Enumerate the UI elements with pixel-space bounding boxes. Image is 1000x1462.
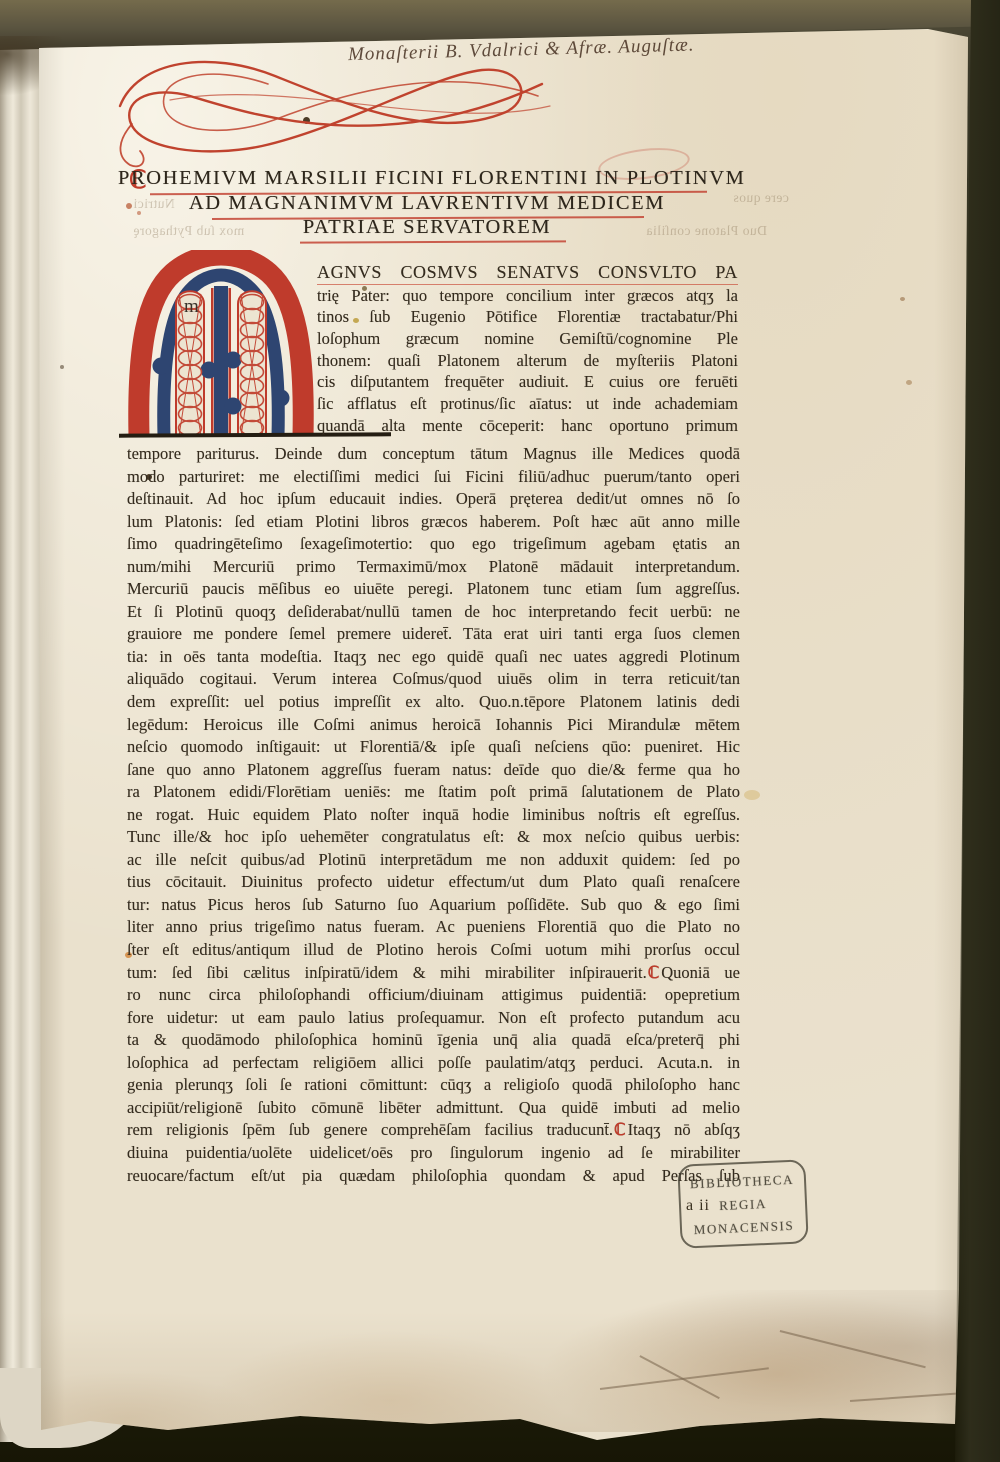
paper-page: Monaſterii B. Vdalrici & Afræ. Auguſtæ. … — [0, 0, 1000, 1462]
text-line: grauiore me pondere ſemel premere uidere… — [127, 623, 740, 646]
text-line: accipiūt/religionē ſubito cōmunē libēter… — [127, 1097, 740, 1120]
paragraph-mark-icon: ℂ — [613, 1120, 628, 1139]
foxing-spot — [900, 297, 905, 301]
text-line: ta & quodāmodo philoſophica hominū īgeni… — [127, 1029, 740, 1052]
text-line: aliquādo cogitaui. Verum interea Coſmus/… — [127, 668, 740, 691]
text-line: tur: natus Picus heros ſub Saturno ſuo A… — [127, 894, 740, 917]
text-line: genia plerunqʒ ſoli ſe rationi cōmittunt… — [127, 1074, 740, 1097]
text-line: loſophica ad perfectam religiōem allici … — [127, 1052, 740, 1075]
text-line: thonem: quaſi Platonem alterum de myſter… — [317, 350, 738, 372]
text-line: neſcio quomodo inſtigauit: ut Florentiā/… — [127, 736, 740, 759]
stamp-line: MONACENSIS — [682, 1213, 807, 1241]
text-line: liter anno prius trigeſimo natus fueram.… — [127, 916, 740, 939]
title-line: PROHEMIVM MARSILII FICINI FLORENTINI IN … — [118, 166, 736, 191]
foxing-spot — [60, 365, 64, 369]
text-line: Et ſi Plotinū quoqʒ deſiderabat/nullū ta… — [127, 601, 740, 624]
library-stamp-lines: BIBLIOTHECAREGIAMONACENSIS — [680, 1167, 807, 1241]
text-line: cis diſputantem frequēter audiuit. E cui… — [317, 371, 738, 393]
text-line: trię Pater: quo tempore concilium inter … — [317, 285, 738, 307]
text-line: reuocare/factum eſt/ut pia quædam philoſ… — [127, 1165, 740, 1188]
text-line: AGNVS COSMVS SENATVS CONSVLTO PA — [317, 262, 738, 285]
text-line: tempore pariturus. Deinde dum conceptum … — [127, 443, 740, 466]
text-line: ſic afflatus eſt protinus/ſic aīatus: ut… — [317, 393, 738, 415]
text-line: loſophum græcum nomine Gemiſtū/cognomine… — [317, 328, 738, 350]
decorated-initial-M — [127, 250, 315, 436]
text-line: fore uidetur: ut eam paulo latius proſeq… — [127, 1007, 740, 1030]
show-through-text: Duo Platone conſilia — [646, 223, 767, 239]
show-through-text: mox ſub Pythagorę — [133, 223, 244, 239]
library-stamp: BIBLIOTHECAREGIAMONACENSIS — [677, 1159, 809, 1249]
foxing-spot — [744, 790, 760, 800]
text-line: deſtinauit. Ad hoc ipſum educauit indies… — [127, 488, 740, 511]
text-line: tius cōcitauit. Diuinitus profecto uidet… — [127, 871, 740, 894]
text-line: lum Platonis: ſed etiam Plotini libros g… — [127, 511, 740, 534]
guide-letter: m — [184, 296, 199, 318]
book-page-edges — [0, 42, 46, 1442]
text-line: tia: in oēs tanta modeſtia. Itaqʒ nec eg… — [127, 646, 740, 669]
text-line: ra Platonem edidi/Florētiam ueniēs: me ſ… — [127, 781, 740, 804]
text-line: rem religionis ſpēm ſub genere comprehēſ… — [127, 1119, 740, 1142]
calligraphic-flourish — [110, 48, 555, 173]
foxing-spot — [906, 380, 912, 385]
text-line: diuina puidentia/uolēte uidelicet/oēs pr… — [127, 1142, 740, 1165]
show-through-text: cere quos — [733, 190, 789, 206]
text-line: ro nunc circa philoſophandi officium/diu… — [127, 984, 740, 1007]
dropcap-paragraph: AGNVS COSMVS SENATVS CONSVLTO PAtrię Pat… — [317, 262, 738, 437]
text-line: ſimo quadringēteſimo ſexageſimotertio: q… — [127, 533, 740, 556]
text-line: legēdum: Heroicus ille Coſmi animus hero… — [127, 714, 740, 737]
text-line: tum: ſed ſibi cælitus inſpiratū/idem & m… — [127, 962, 740, 985]
text-line: ne rogat. Huic equidem Plato noſter inqu… — [127, 804, 740, 827]
text-line: ſter eſt editus/antiqum illud de Plotino… — [127, 939, 740, 962]
text-line: dem expreſſit: uel potius impreſſit ex a… — [127, 691, 740, 714]
text-line: ſane quo anno Platonem aggreſſus fueram … — [127, 759, 740, 782]
text-line: ac ille neſcit quibus/ad Plotinū interpr… — [127, 849, 740, 872]
body-text: tempore pariturus. Deinde dum conceptum … — [127, 443, 740, 1187]
text-line: num/mihi Mercuriū primo Termaximū/mox Pl… — [127, 556, 740, 579]
show-through-text: Nutrici — [133, 196, 175, 212]
text-line: Mercuriū paucis mēſibus eo uiuēte peregi… — [127, 578, 740, 601]
text-line: Tunc ille/& hoc ipſo uehemēter congratul… — [127, 826, 740, 849]
text-line: modo parturiret: me electiſſimi medici ſ… — [127, 466, 740, 489]
text-line: tinos ſub Eugenio Pōtifice Florentiæ tra… — [317, 306, 738, 328]
paragraph-mark-icon: ℂ — [647, 963, 662, 982]
text-line: quandā alta mente cōceperit: hanc oportu… — [317, 415, 738, 437]
